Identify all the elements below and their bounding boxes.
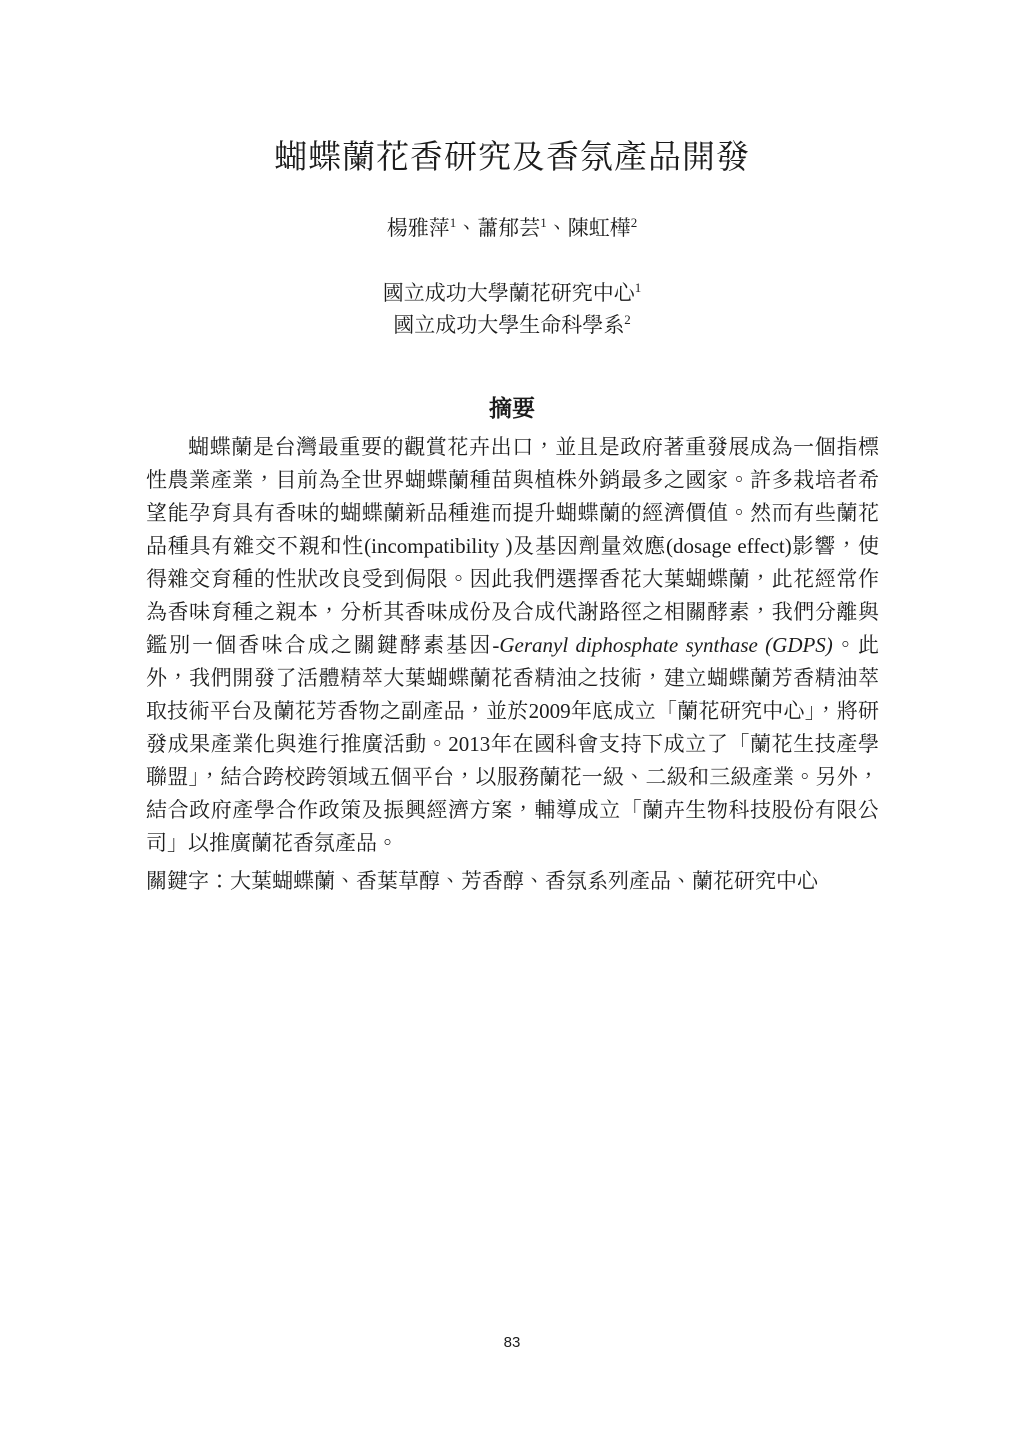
affiliation-name: 國立成功大學生命科學系: [393, 313, 624, 337]
author-separator: 、: [456, 216, 477, 240]
authors-line: 楊雅萍1、蕭郁芸1、陳虹樺2: [0, 212, 1024, 242]
gene-name-italic: Geranyl diphosphate synthase (GDPS): [499, 633, 832, 657]
affiliation-line: 國立成功大學生命科學系2: [0, 309, 1024, 341]
author-name: 楊雅萍: [387, 216, 450, 240]
author-affiliation-superscript: 2: [631, 215, 638, 230]
keywords-text: 大葉蝴蝶蘭、香葉草醇、芳香醇、香氛系列產品、蘭花研究中心: [230, 869, 818, 893]
paper-title: 蝴蝶蘭花香研究及香氛產品開發: [0, 131, 1024, 178]
affiliation-superscript: 2: [624, 312, 631, 327]
affiliation-superscript: 1: [635, 280, 642, 295]
abstract-text-segment: 蝴蝶蘭是台灣最重要的觀賞花卉出口，並且是政府著重發展成為一個指標性農業產業，目前…: [146, 435, 879, 657]
abstract-text-segment: 。此外，我們開發了活體精萃大葉蝴蝶蘭花香精油之技術，建立蝴蝶蘭芳香精油萃取技術平…: [146, 633, 879, 855]
keywords-line: 關鍵字：大葉蝴蝶蘭、香葉草醇、芳香醇、香氛系列產品、蘭花研究中心: [146, 865, 879, 897]
abstract-paragraph: 蝴蝶蘭是台灣最重要的觀賞花卉出口，並且是政府著重發展成為一個指標性農業產業，目前…: [146, 431, 879, 860]
keywords-label: 關鍵字：: [146, 869, 230, 893]
author-separator: 、: [547, 216, 568, 240]
affiliations-block: 國立成功大學蘭花研究中心1 國立成功大學生命科學系2: [0, 277, 1024, 341]
page-number: 83: [0, 1334, 1024, 1351]
affiliation-name: 國立成功大學蘭花研究中心: [383, 281, 635, 305]
abstract-heading: 摘要: [0, 390, 1024, 423]
author-name: 蕭郁芸: [477, 216, 540, 240]
affiliation-line: 國立成功大學蘭花研究中心1: [0, 277, 1024, 309]
author-name: 陳虹樺: [568, 216, 631, 240]
paper-page: 蝴蝶蘭花香研究及香氛產品開發 楊雅萍1、蕭郁芸1、陳虹樺2 國立成功大學蘭花研究…: [0, 0, 1024, 1448]
